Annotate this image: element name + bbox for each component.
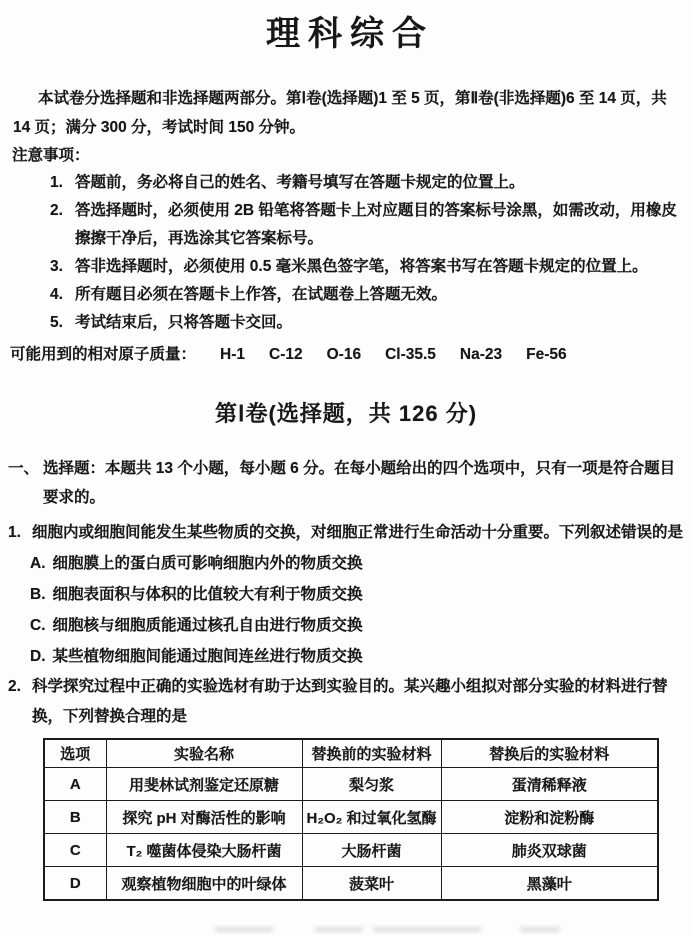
cell-option-letter: B [44, 801, 106, 834]
atomic-mass-O: O-16 [327, 346, 361, 363]
cell-experiment-name: 用斐林试剂鉴定还原糖 [106, 768, 302, 801]
notice-number: 4. [50, 281, 75, 309]
notice-number: 3. [50, 253, 75, 281]
cell-material-before: 梨匀浆 [302, 768, 441, 801]
atomic-mass-Cl: Cl-35.5 [385, 346, 436, 363]
cell-experiment-name: T₂ 噬菌体侵染大肠杆菌 [106, 834, 302, 867]
notice-item-2: 2. 答选择题时，必须使用 2B 铅笔将答题卡上对应题目的答案标号涂黑，如需改动… [50, 197, 678, 253]
faint-footer-smudge [215, 927, 273, 932]
atomic-mass-H: H-1 [220, 346, 245, 363]
option-text: 细胞膜上的蛋白质可影响细胞内外的物质交换 [53, 555, 363, 572]
question-1-option-d: D.某些植物细胞间能通过胞间连丝进行物质交换 [30, 641, 682, 672]
atomic-mass-label: 可能用到的相对原子质量： [10, 346, 196, 363]
notice-text: 所有题目必须在答题卡上作答，在试题卷上答题无效。 [75, 281, 678, 309]
notice-item-5: 5. 考试结束后，只将答题卡交回。 [50, 309, 678, 337]
option-label: D. [30, 648, 46, 665]
cell-material-after: 黑藻叶 [441, 867, 658, 901]
question-1-option-c: C.细胞核与细胞质能通过核孔自由进行物质交换 [30, 610, 682, 641]
notice-item-1: 1. 答题前，务必将自己的姓名、考籍号填写在答题卡规定的位置上。 [50, 169, 678, 197]
question-1-option-a: A.细胞膜上的蛋白质可影响细胞内外的物质交换 [30, 548, 682, 579]
table-header-row: 选项 实验名称 替换前的实验材料 替换后的实验材料 [44, 739, 658, 768]
cell-experiment-name: 探究 pH 对酶活性的影响 [106, 801, 302, 834]
intro-paragraph: 本试卷分选择题和非选择题两部分。第Ⅰ卷(选择题)1 至 5 页，第Ⅱ卷(非选择题… [13, 84, 679, 142]
notice-number: 1. [50, 169, 75, 197]
notice-text: 答题前，务必将自己的姓名、考籍号填写在答题卡规定的位置上。 [75, 169, 678, 197]
question-number: 2. [8, 672, 32, 732]
instruction-number: 一、 [8, 454, 43, 512]
page-title: 理科综合 [0, 0, 692, 56]
table-header-material-before: 替换前的实验材料 [302, 739, 441, 768]
notice-item-3: 3. 答非选择题时，必须使用 0.5 毫米黑色签字笔，将答案书写在答题卡规定的位… [50, 253, 678, 281]
notice-number: 2. [50, 197, 75, 253]
question-2-options-table: 选项 实验名称 替换前的实验材料 替换后的实验材料 A 用斐林试剂鉴定还原糖 梨… [43, 738, 659, 901]
cell-material-before: 大肠杆菌 [302, 834, 441, 867]
cell-experiment-name: 观察植物细胞中的叶绿体 [106, 867, 302, 901]
section-1-instruction: 一、 选择题：本题共 13 个小题，每小题 6 分。在每小题给出的四个选项中，只… [8, 454, 684, 512]
table-row: D 观察植物细胞中的叶绿体 菠菜叶 黑藻叶 [44, 867, 658, 901]
faint-footer-smudge [373, 927, 481, 932]
atomic-mass-C: C-12 [269, 346, 303, 363]
notice-item-4: 4. 所有题目必须在答题卡上作答，在试题卷上答题无效。 [50, 281, 678, 309]
faint-footer-smudge [315, 927, 363, 932]
atomic-mass-Na: Na-23 [460, 346, 502, 363]
cell-material-after: 淀粉和淀粉酶 [441, 801, 658, 834]
atomic-mass-line: 可能用到的相对原子质量：H-1C-12O-16Cl-35.5Na-23Fe-56 [10, 341, 692, 368]
option-label: B. [30, 586, 46, 603]
option-label: A. [30, 555, 46, 572]
table-header-material-after: 替换后的实验材料 [441, 739, 658, 768]
notice-heading: 注意事项： [12, 142, 692, 169]
cell-material-before: H₂O₂ 和过氧化氢酶 [302, 801, 441, 834]
cell-option-letter: C [44, 834, 106, 867]
table-header-experiment-name: 实验名称 [106, 739, 302, 768]
option-text: 某些植物细胞间能通过胞间连丝进行物质交换 [53, 648, 363, 665]
table-row: A 用斐林试剂鉴定还原糖 梨匀浆 蛋清稀释液 [44, 768, 658, 801]
question-number: 1. [8, 518, 32, 548]
cell-option-letter: D [44, 867, 106, 901]
exam-paper-page: 理科综合 本试卷分选择题和非选择题两部分。第Ⅰ卷(选择题)1 至 5 页，第Ⅱ卷… [0, 0, 692, 935]
question-1-option-b: B.细胞表面积与体积的比值较大有利于物质交换 [30, 579, 682, 610]
cell-material-after: 蛋清稀释液 [441, 768, 658, 801]
option-label: C. [30, 617, 46, 634]
option-text: 细胞表面积与体积的比值较大有利于物质交换 [53, 586, 363, 603]
section-1-heading: 第Ⅰ卷(选择题，共 126 分) [0, 398, 692, 430]
notice-text: 答选择题时，必须使用 2B 铅笔将答题卡上对应题目的答案标号涂黑，如需改动，用橡… [75, 197, 678, 253]
question-stem: 科学探究过程中正确的实验选材有助于达到实验目的。某兴趣小组拟对部分实验的材料进行… [32, 672, 684, 732]
option-text: 细胞核与细胞质能通过核孔自由进行物质交换 [53, 617, 363, 634]
question-1: 1. 细胞内或细胞间能发生某些物质的交换，对细胞正常进行生命活动十分重要。下列叙… [8, 518, 684, 548]
cell-option-letter: A [44, 768, 106, 801]
instruction-text: 选择题：本题共 13 个小题，每小题 6 分。在每小题给出的四个选项中，只有一项… [43, 454, 684, 512]
question-stem: 细胞内或细胞间能发生某些物质的交换，对细胞正常进行生命活动十分重要。下列叙述错误… [32, 518, 684, 548]
table-row: B 探究 pH 对酶活性的影响 H₂O₂ 和过氧化氢酶 淀粉和淀粉酶 [44, 801, 658, 834]
notice-text: 考试结束后，只将答题卡交回。 [75, 309, 678, 337]
atomic-mass-Fe: Fe-56 [526, 346, 567, 363]
cell-material-before: 菠菜叶 [302, 867, 441, 901]
table-header-option: 选项 [44, 739, 106, 768]
question-2: 2. 科学探究过程中正确的实验选材有助于达到实验目的。某兴趣小组拟对部分实验的材… [8, 672, 684, 732]
faint-footer-smudge [520, 927, 560, 932]
notice-number: 5. [50, 309, 75, 337]
notice-text: 答非选择题时，必须使用 0.5 毫米黑色签字笔，将答案书写在答题卡规定的位置上。 [75, 253, 678, 281]
table-row: C T₂ 噬菌体侵染大肠杆菌 大肠杆菌 肺炎双球菌 [44, 834, 658, 867]
cell-material-after: 肺炎双球菌 [441, 834, 658, 867]
